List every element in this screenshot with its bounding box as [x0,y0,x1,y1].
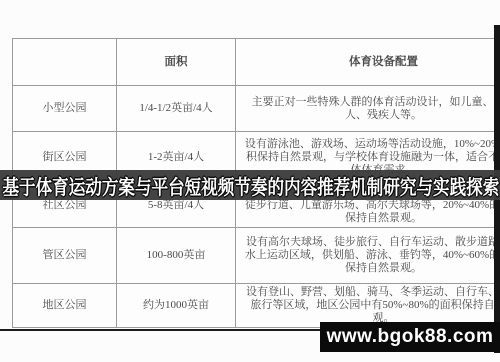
table-header-row: 面积 体育设备配置 [13,39,500,86]
config-cell: 设有高尔夫球场、徒步旅行、自行车运动、散步道路以及水上运动区域，供划船、游泳、垂… [236,228,500,284]
park-type-cell: 地区公园 [13,284,117,328]
watermark-url: www.bgok88.com [327,326,494,348]
table-row: 地区公园 约为1000英亩 设有登山、野营、划船、骑马、冬季运动、自行车、徒步旅… [13,284,500,328]
area-cell: 1/4-1/2英亩/4人 [117,86,236,132]
park-type-cell: 管区公园 [13,228,117,284]
area-cell: 100-800英亩 [117,228,236,284]
table-row: 小型公园 1/4-1/2英亩/4人 主要正对一些特殊人群的体育活动设计，如儿童、… [13,86,500,132]
article-image: 面积 体育设备配置 小型公园 1/4-1/2英亩/4人 主要正对一些特殊人群的体… [0,0,500,362]
header-park-type [13,39,117,86]
title-banner-text: 基于体育运动方案与平台短视频节奏的内容推荐机制研究与实践探索 [0,171,499,200]
config-cell: 设有登山、野营、划船、骑马、冬季运动、自行车、徒步旅行等区域，地区公园中有50%… [236,284,500,328]
config-cell: 主要正对一些特殊人群的体育活动设计，如儿童、老年人、残疾人等。 [236,86,500,132]
title-banner: 基于体育运动方案与平台短视频节奏的内容推荐机制研究与实践探索 [0,170,500,200]
header-area: 面积 [117,39,236,86]
watermark-badge: www.bgok88.com [320,322,500,352]
area-cell: 约为1000英亩 [117,284,236,328]
header-equipment-config: 体育设备配置 [236,39,500,86]
park-type-cell: 小型公园 [13,86,117,132]
table-row: 管区公园 100-800英亩 设有高尔夫球场、徒步旅行、自行车运动、散步道路以及… [13,228,500,284]
